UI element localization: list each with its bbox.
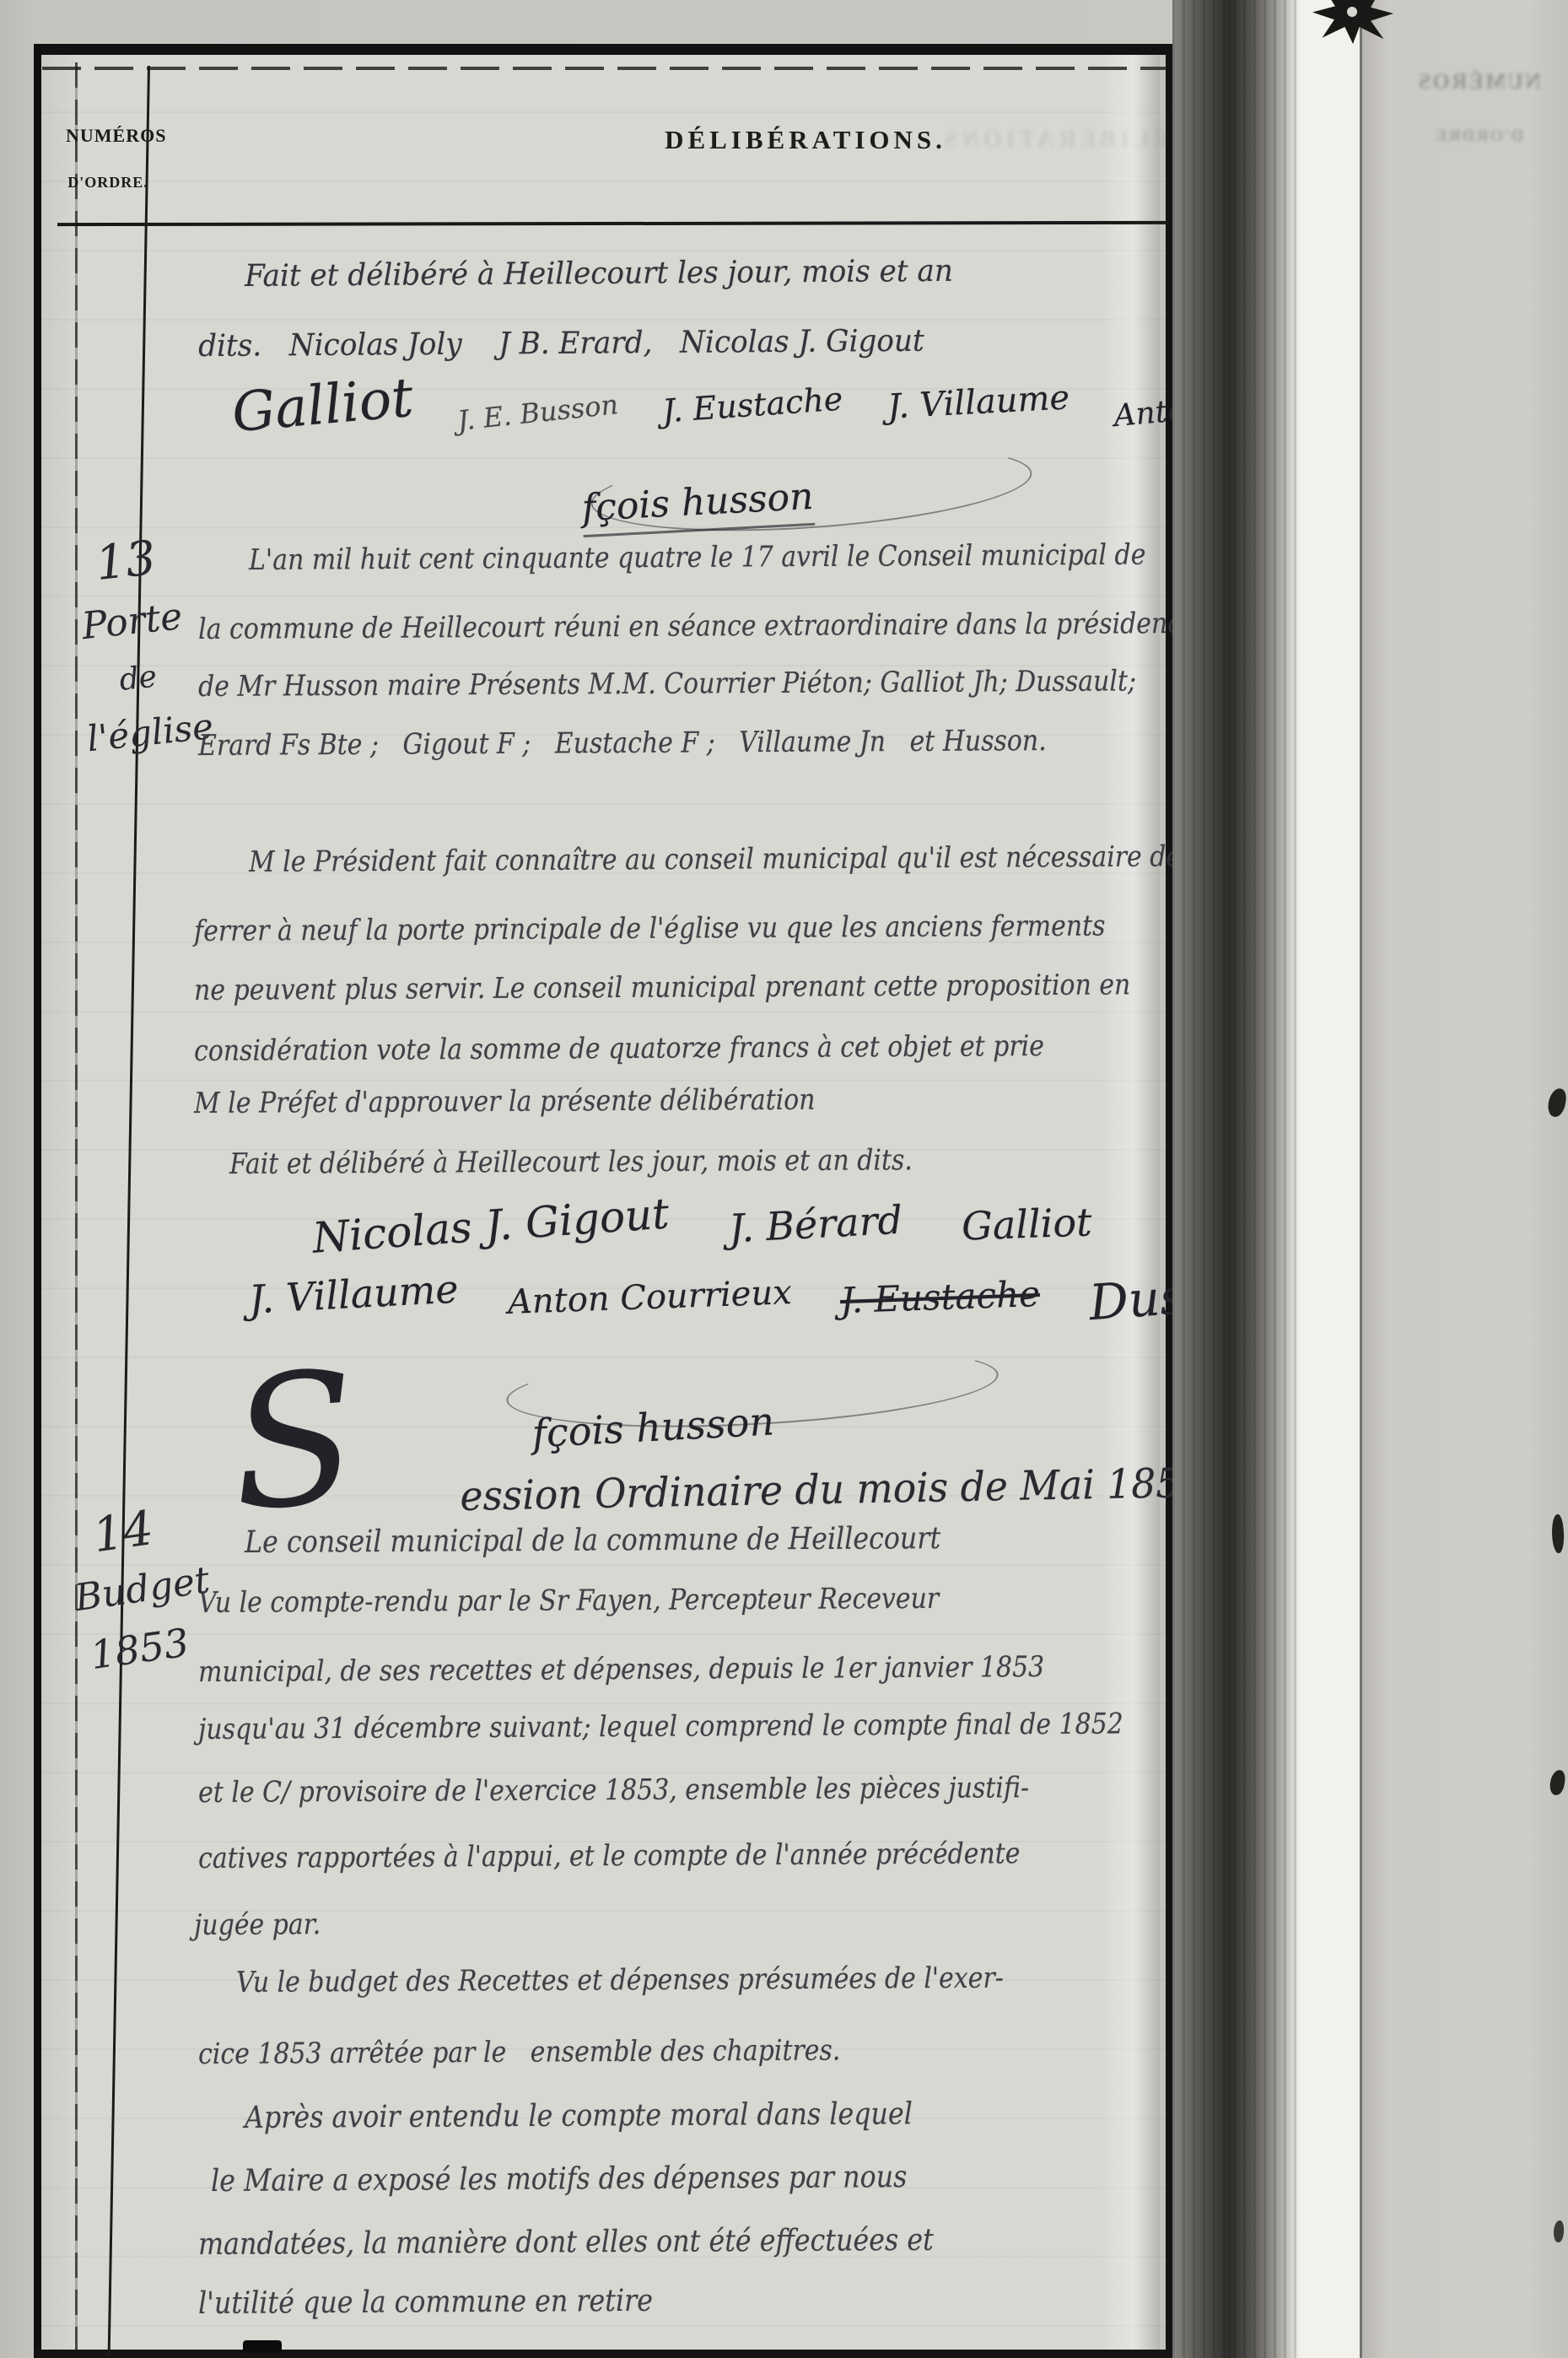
frame-top-border: [34, 44, 1172, 55]
order-number-column-header: NUMÉROS D'ORDRE.: [66, 125, 150, 192]
handwritten-line: le Maire a exposé les motifs des dépense…: [211, 2160, 907, 2199]
margin-note-line: l'église: [85, 710, 202, 757]
session-title-initial: S: [226, 1356, 361, 1527]
handwritten-line: M le Préfet d'approuver la présente déli…: [194, 1083, 816, 1120]
handwritten-line: Fait et délibéré à Heillecourt les jour,…: [229, 1143, 913, 1181]
handwritten-line: l'utilité que la commune en retire: [198, 2284, 653, 2321]
margin-note-line: Budget: [73, 1565, 191, 1617]
handwritten-line: Erard Fs Bte ; Gigout F ; Eustache F ; V…: [198, 724, 1047, 763]
handwritten-line: cice 1853 arrêtée par le ensemble des ch…: [198, 2033, 840, 2071]
handwritten-line: catives rapportées à l'appui, et le comp…: [198, 1837, 1021, 1875]
deliberations-title: DÉLIBÉRATIONS.: [510, 125, 1101, 155]
frame-left-border: [34, 44, 41, 2358]
handwritten-line: de Mr Husson maire Présents M.M. Courrie…: [198, 664, 1136, 704]
handwritten-line: considération vote la somme de quatorze …: [194, 1029, 1044, 1068]
ink-notch-bottom: [243, 2340, 282, 2353]
signature-villaume: J. Villaume: [886, 378, 1070, 426]
signature-berard: J. Bérard: [727, 1197, 903, 1252]
handwritten-line: Après avoir entendu le compte moral dans…: [245, 2096, 913, 2135]
numeros-label: NUMÉROS: [66, 125, 150, 147]
handwritten-line: ne peuvent plus servir. Le conseil munic…: [194, 968, 1130, 1007]
handwritten-line: la commune de Heillecourt réuni en séanc…: [198, 607, 1197, 646]
page-gap: [1299, 0, 1360, 2358]
handwritten-line: M le Président fait connaître au conseil…: [249, 839, 1181, 879]
signature-galliot: Galliot: [961, 1199, 1092, 1249]
register-left-page: NUMÉROS D'ORDRE. DÉLIBÉRATIONS. DÉLIBÉRA…: [34, 44, 1172, 2358]
margin-note-line: 1853: [80, 1621, 198, 1675]
session-title: ession Ordinaire du mois de Mai 1854: [460, 1460, 1205, 1520]
signature-eustache: J. Eustache: [661, 380, 844, 430]
handwritten-line: mandatées, la manière dont elles ont été…: [198, 2223, 934, 2262]
frame-bottom-border: [34, 2350, 1172, 2358]
signature-villaume: J. Villaume: [248, 1266, 460, 1323]
margin-note-13: 13 Porte de l'église: [67, 532, 202, 758]
signature-row: J. Villaume Anton Courrieux J. Eustache …: [249, 1271, 1314, 1324]
handwritten-line: jugée par.: [194, 1907, 321, 1942]
handwritten-line: et le C/ provisoire de l'exercice 1853, …: [198, 1771, 1029, 1810]
margin-note-line: Porte: [73, 597, 191, 646]
signature-gigout: Nicolas J. Gigout: [310, 1189, 671, 1262]
margin-note-14: 14 Budget 1853: [63, 1502, 198, 1676]
handwritten-line: municipal, de ses recettes et dépenses, …: [198, 1650, 1044, 1689]
frame-left-inner-line: [75, 62, 78, 2358]
ink-bleed-ghost-numeros: NUMÉROS: [1417, 69, 1541, 94]
header-underline: [57, 221, 1168, 226]
handwritten-line: dits. Nicolas Joly J B. Erard, Nicolas J…: [198, 324, 924, 364]
column-divider-line: [108, 66, 150, 2356]
adjacent-page-edge: NUMÉROS D'ORDRE: [1360, 0, 1568, 2358]
ordre-label: D'ORDRE.: [66, 174, 150, 192]
entry-number: 14: [63, 1502, 182, 1564]
signature-galliot: Galliot: [229, 367, 416, 445]
margin-note-line: de: [80, 658, 197, 700]
signature-row: Nicolas J. Gigout J. Bérard Galliot: [312, 1201, 1091, 1250]
handwritten-line: Vu le compte-rendu par le Sr Fayen, Perc…: [198, 1582, 939, 1620]
frame-top-dashed-line: [42, 67, 1169, 70]
signature-busson: J. E. Busson: [455, 388, 619, 437]
ink-bleed-ghost-ordre: D'ORDRE: [1434, 127, 1523, 146]
register-scan: Feuillets NUMÉROS D'ORDRE. DÉLIBÉRATIONS…: [0, 0, 1568, 2358]
handwritten-line: Fait et délibéré à Heillecourt les jour,…: [245, 254, 953, 294]
handwritten-line: ferrer à neuf la porte principale de l'é…: [194, 909, 1106, 948]
signature-courrieux: Anton Courrieux: [507, 1273, 792, 1322]
handwritten-line: Vu le budget des Recettes et dépenses pr…: [236, 1961, 1004, 1999]
book-binding-shadow: [1172, 0, 1299, 2358]
entry-number: 13: [67, 532, 185, 591]
handwritten-line: L'an mil huit cent cinquante quatre le 1…: [249, 538, 1145, 577]
ink-star-center-dot: [1347, 7, 1357, 17]
handwritten-line: jusqu'au 31 décembre suivant; lequel com…: [198, 1707, 1123, 1746]
handwritten-line: Le conseil municipal de la commune de He…: [245, 1521, 940, 1560]
signature-eustache: J. Eustache: [840, 1273, 1041, 1321]
